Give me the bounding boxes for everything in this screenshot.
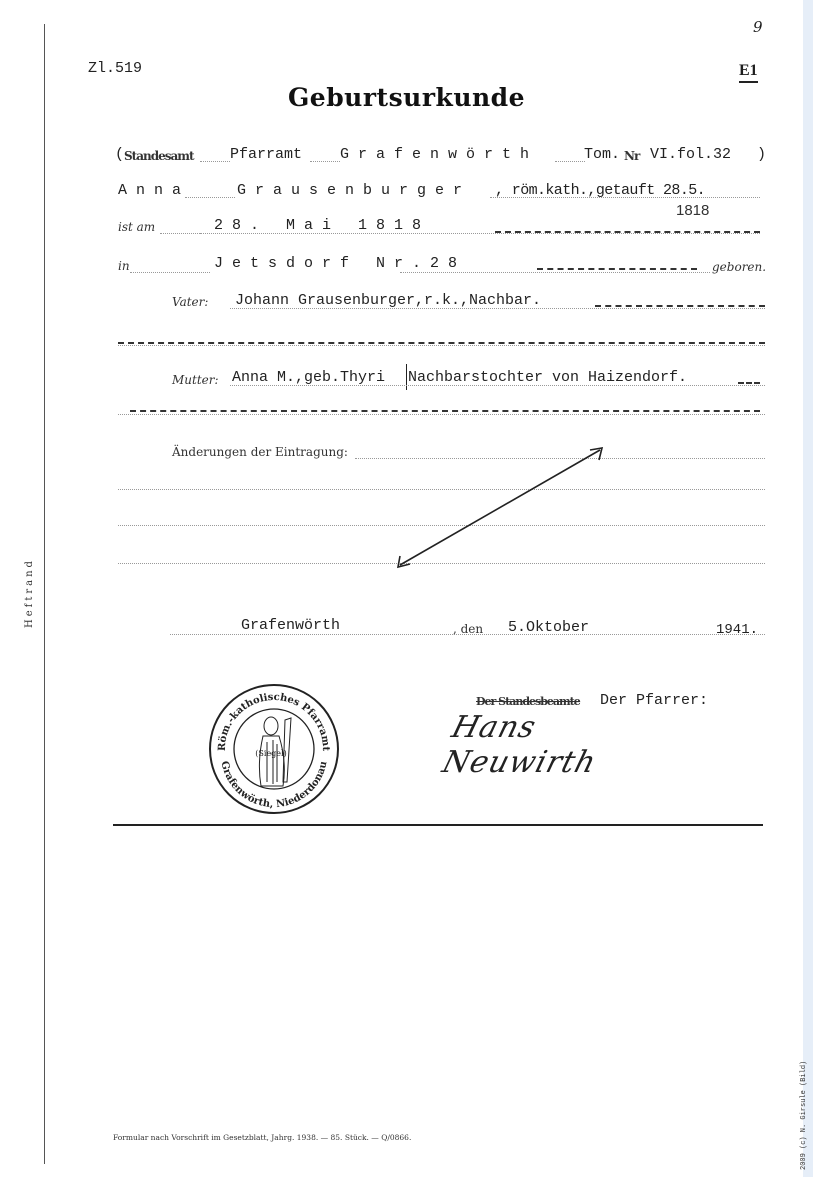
mother-value: Anna M.,geb.Thyri [232,369,385,386]
office: Pfarramt [230,146,302,163]
parish-seal-stamp: Röm.-katholisches Pfarramt Grafenwörth, … [207,682,341,816]
mother-label: Mutter: [172,373,219,387]
margin-label: Heftrand [24,558,35,628]
born-suffix: geboren. [712,260,766,274]
register-label: Tom. [584,146,620,163]
form-footer: Formular nach Vorschrift im Gesetzblatt,… [113,1133,411,1142]
issue-day-month: 5.Oktober [508,619,589,636]
svg-text:(Siegel): (Siegel) [255,749,286,758]
binding-margin-line [44,24,45,1164]
amendments-label: Änderungen der Eintragung: [172,445,348,459]
form-code: E1 [739,62,758,83]
correction-mark [406,364,407,390]
struck-title: Der Standesbeamte [476,695,580,708]
scan-edge [803,0,813,1177]
volume-folio: VI.fol.32 [650,146,731,163]
surname: Grausenburger [237,182,471,199]
father-value: Johann Grausenburger,r.k.,Nachbar. [235,292,541,309]
bottom-rule [113,824,763,826]
father-label: Vater: [172,295,208,309]
mother-value-cont: Nachbarstochter von Haizendorf. [408,369,687,386]
birth-date: 28. Mai 1818 [214,217,430,234]
handwritten-signature: Hans Neuwirth [448,710,688,770]
issue-place: Grafenwörth [241,617,340,634]
struck-word: Standesamt [124,149,194,163]
issue-year: 1941. [716,622,758,638]
strike-through-arrow-icon [390,440,615,570]
open-paren: ( [115,146,124,163]
close-paren: ) [757,146,766,163]
page-number: 9 [753,18,763,36]
svg-text:Grafenwörth, Niederdonau: Grafenwörth, Niederdonau [218,760,329,810]
struck-register: Nr [624,149,639,163]
reference-number: Zl.519 [88,60,142,77]
birth-date-label: ist am [118,220,155,234]
first-name: Anna [118,182,190,199]
signatory-title: Der Pfarrer: [600,692,708,709]
den-label: , den [453,622,483,636]
birth-place-label: in [118,259,130,273]
birth-place: Jetsdorf Nr.28 [214,255,466,272]
document-title: Geburtsurkunde [0,83,813,112]
baptism-year: 1818 [676,202,709,219]
copyright-note: 2009 (c) N. Girsule (Bild) [800,1061,808,1170]
parish-place: Grafenwörth [340,146,538,163]
